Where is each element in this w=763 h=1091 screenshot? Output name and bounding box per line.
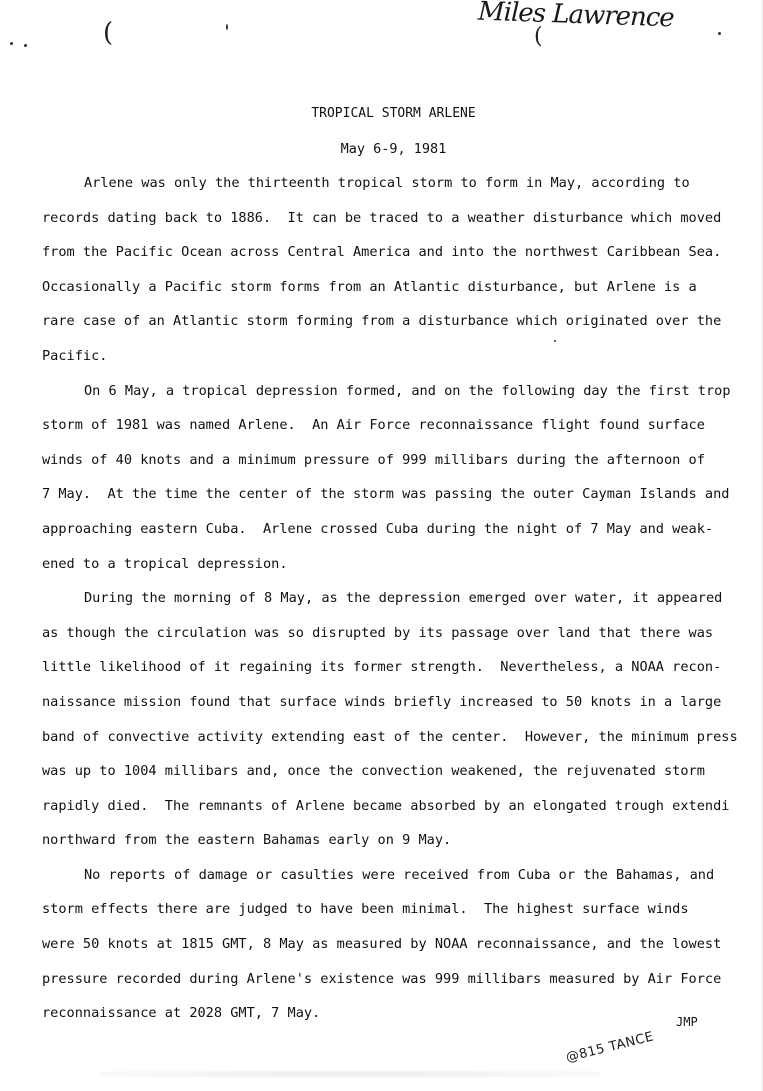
document-body: Arlene was only the thirteenth tropical … bbox=[42, 166, 763, 1031]
text-line: Occasionally a Pacific storm forms from … bbox=[42, 270, 763, 305]
text-line: records dating back to 1886. It can be t… bbox=[42, 201, 763, 236]
speck-mark bbox=[10, 42, 13, 45]
text-line: storm effects there are judged to have b… bbox=[42, 892, 763, 927]
paragraph: During the morning of 8 May, as the depr… bbox=[42, 581, 763, 858]
handwritten-note: @815 TANCE bbox=[565, 1029, 656, 1065]
text-line: ened to a tropical depression. bbox=[42, 547, 763, 582]
text-line: During the morning of 8 May, as the depr… bbox=[42, 581, 763, 616]
document-page: Miles Lawrence ( ( TROPICAL STORM ARLENE… bbox=[0, 0, 763, 1091]
text-line: approaching eastern Cuba. Arlene crossed… bbox=[42, 512, 763, 547]
author-initials: JMP bbox=[676, 1015, 698, 1029]
text-line: reconnaissance at 2028 GMT, 7 May. bbox=[42, 996, 763, 1031]
text-line: winds of 40 knots and a minimum pressure… bbox=[42, 443, 763, 478]
text-line: No reports of damage or casulties were r… bbox=[42, 858, 763, 893]
text-line: from the Pacific Ocean across Central Am… bbox=[42, 235, 763, 270]
text-line: rapidly died. The remnants of Arlene bec… bbox=[42, 789, 763, 824]
text-line: pressure recorded during Arlene's existe… bbox=[42, 962, 763, 997]
paragraph: Arlene was only the thirteenth tropical … bbox=[42, 166, 763, 374]
text-line: naissance mission found that surface win… bbox=[42, 685, 763, 720]
paragraph: No reports of damage or casulties were r… bbox=[42, 858, 763, 1031]
text-line: little likelihood of it regaining its fo… bbox=[42, 650, 763, 685]
speck-mark bbox=[24, 44, 27, 47]
text-line: were 50 knots at 1815 GMT, 8 May as meas… bbox=[42, 927, 763, 962]
text-line: rare case of an Atlantic storm forming f… bbox=[42, 304, 763, 339]
text-line: storm of 1981 was named Arlene. An Air F… bbox=[42, 408, 763, 443]
scan-smudge bbox=[100, 1070, 600, 1078]
paragraph: On 6 May, a tropical depression formed, … bbox=[42, 374, 763, 582]
document-title: TROPICAL STORM ARLENE bbox=[12, 106, 763, 121]
text-line: band of convective activity extending ea… bbox=[42, 720, 763, 755]
text-line: northward from the eastern Bahamas early… bbox=[42, 823, 763, 858]
text-line: Arlene was only the thirteenth tropical … bbox=[42, 166, 763, 201]
text-line: 7 May. At the time the center of the sto… bbox=[42, 477, 763, 512]
stray-parenthesis-mark: ( bbox=[103, 18, 113, 48]
stray-parenthesis-mark: ( bbox=[534, 24, 543, 49]
text-line: as though the circulation was so disrupt… bbox=[42, 616, 763, 651]
text-line: On 6 May, a tropical depression formed, … bbox=[42, 374, 763, 409]
document-date: May 6-9, 1981 bbox=[12, 141, 763, 157]
speck-mark bbox=[226, 24, 228, 30]
text-line: Pacific. bbox=[42, 339, 763, 374]
speck-mark bbox=[718, 32, 721, 35]
text-line: was up to 1004 millibars and, once the c… bbox=[42, 754, 763, 789]
handwritten-signature: Miles Lawrence bbox=[478, 0, 675, 33]
